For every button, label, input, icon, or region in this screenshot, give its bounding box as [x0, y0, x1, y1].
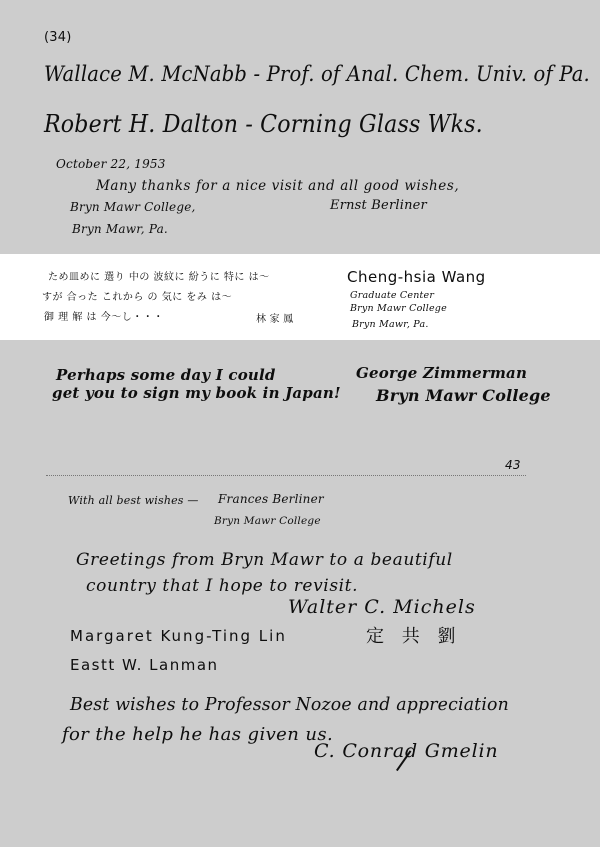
entry-lin-signature: Margaret Kung-Ting Lin: [70, 627, 287, 645]
entry-dalton: Robert H. Dalton - Corning Glass Wks.: [44, 110, 483, 138]
entry-zimmerman-signature: George Zimmerman: [356, 364, 527, 382]
page-number-mid: 43: [505, 458, 521, 472]
entry-lin-chinese-signature: 定 共 劉: [366, 622, 461, 648]
entry-lanman-signature: Eastt W. Lanman: [70, 656, 219, 674]
entry-berliner-signature: Ernst Berliner: [330, 198, 427, 213]
entry-wang-affiliation-2: Bryn Mawr College: [350, 303, 447, 314]
entry-wang-affiliation-3: Bryn Mawr, Pa.: [352, 319, 429, 330]
entry-gmelin-signature: C. Conrad Gmelin: [314, 740, 498, 762]
entry-frances-message: With all best wishes —: [68, 494, 199, 507]
entry-gmelin-message-2: for the help he has given us.: [62, 724, 333, 745]
entry-zimmerman-message-1: Perhaps some day I could: [56, 366, 276, 384]
entry-michels-message-1: Greetings from Bryn Mawr to a beautiful: [76, 550, 453, 570]
entry-frances-signature: Frances Berliner: [218, 492, 324, 506]
entry-zimmerman-affiliation: Bryn Mawr College: [376, 386, 551, 405]
entry-berliner-message: Many thanks for a nice visit and all goo…: [96, 178, 459, 194]
entry-michels-signature: Walter C. Michels: [288, 596, 476, 618]
entry-mcnabb: Wallace M. McNabb - Prof. of Anal. Chem.…: [44, 62, 590, 86]
entry-berliner-affiliation-1: Bryn Mawr College,: [70, 200, 196, 214]
entry-zimmerman-message-2: get you to sign my book in Japan!: [52, 384, 341, 402]
entry-michels-message-2: country that I hope to revisit.: [86, 576, 358, 596]
page-number-top: (34): [44, 30, 72, 45]
entry-wang-japanese-line-3: 御 理 解 は 今〜し・・・: [44, 308, 164, 323]
entry-frances-affiliation: Bryn Mawr College: [214, 515, 321, 527]
entry-berliner-affiliation-2: Bryn Mawr, Pa.: [72, 222, 168, 236]
entry-wang-japanese-line-2: すが 合った これから の 気に をみ は〜: [42, 288, 232, 303]
entry-wang-signature: Cheng-hsia Wang: [347, 268, 486, 286]
entry-wang-japanese-line-1: ため皿めに 選り 中の 波紋に 紛うに 特に は〜: [48, 268, 270, 283]
entry-wang-japanese-signature: 林 家 鳳: [256, 310, 293, 325]
entry-date: October 22, 1953: [56, 157, 166, 171]
entry-wang-affiliation-1: Graduate Center: [350, 290, 434, 301]
page-separator: [46, 475, 526, 477]
entry-gmelin-message-1: Best wishes to Professor Nozoe and appre…: [70, 694, 509, 715]
